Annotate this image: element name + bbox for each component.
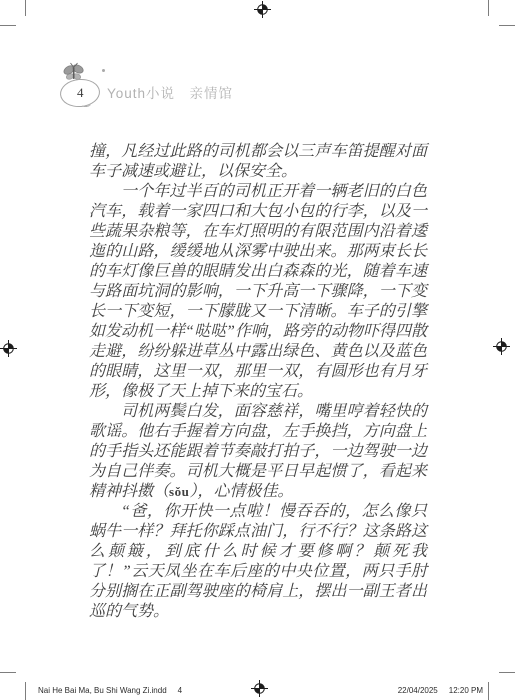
crop-mark bbox=[25, 682, 26, 700]
paragraph-run: 撞，凡经过此路的司机都会以三声车笛提醒对面车子减速或避让，以保安全。 bbox=[89, 143, 427, 180]
crop-mark bbox=[25, 0, 26, 16]
registration-mark-icon bbox=[0, 340, 17, 357]
section-title: Youth小说 亲情馆 bbox=[107, 82, 233, 102]
slug-time: 12:20 PM bbox=[449, 686, 483, 695]
body-paragraph: 一个年过半百的司机正开着一辆老旧的白色汽车，载着一家四口和大包小包的行李，以及一… bbox=[89, 182, 427, 402]
book-page-proof: 4 Youth小说 亲情馆 撞，凡经过此路的司机都会以三声车笛提醒对面车子减速或… bbox=[0, 0, 515, 700]
slug-file: Nai He Bai Ma, Bu Shi Wang Zi.indd bbox=[38, 686, 167, 695]
crop-mark bbox=[488, 0, 489, 16]
registration-mark-icon bbox=[251, 680, 268, 697]
crop-mark bbox=[499, 672, 515, 673]
decorative-dot bbox=[102, 69, 105, 72]
pinyin-annotation: sǒu bbox=[169, 484, 189, 499]
body-paragraph: 司机两鬓白发，面容慈祥，嘴里哼着轻快的歌谣。他右手握着方向盘，左手换挡，方向盘上… bbox=[89, 402, 427, 502]
slug-datetime: 22/04/202512:20 PM bbox=[398, 686, 483, 695]
registration-mark-icon bbox=[493, 338, 510, 355]
page-number: 4 bbox=[77, 85, 84, 101]
crop-mark bbox=[0, 672, 16, 673]
slug-sheet-number: 4 bbox=[178, 686, 182, 695]
slug-filename: Nai He Bai Ma, Bu Shi Wang Zi.indd4 bbox=[38, 686, 182, 695]
paragraph-run: “爸，你开快一点啦！慢吞吞的，怎么像只蜗牛一样？拜托你踩点油门，行不行？这条路这… bbox=[89, 503, 427, 620]
crop-mark bbox=[499, 25, 515, 26]
body-paragraph: 撞，凡经过此路的司机都会以三声车笛提醒对面车子减速或避让，以保安全。 bbox=[89, 142, 427, 182]
paragraph-run: 一个年过半百的司机正开着一辆老旧的白色汽车，载着一家四口和大包小包的行李，以及一… bbox=[89, 183, 427, 400]
registration-mark-icon bbox=[254, 1, 271, 18]
body-paragraph: “爸，你开快一点啦！慢吞吞的，怎么像只蜗牛一样？拜托你踩点油门，行不行？这条路这… bbox=[89, 502, 427, 622]
body-text: 撞，凡经过此路的司机都会以三声车笛提醒对面车子减速或避让，以保安全。一个年过半百… bbox=[89, 142, 427, 622]
paragraph-run: ），心情极佳。 bbox=[189, 483, 293, 500]
slug-date: 22/04/2025 bbox=[398, 686, 438, 695]
decorative-sprig bbox=[82, 101, 92, 107]
crop-mark bbox=[488, 682, 489, 700]
crop-mark bbox=[0, 25, 16, 26]
